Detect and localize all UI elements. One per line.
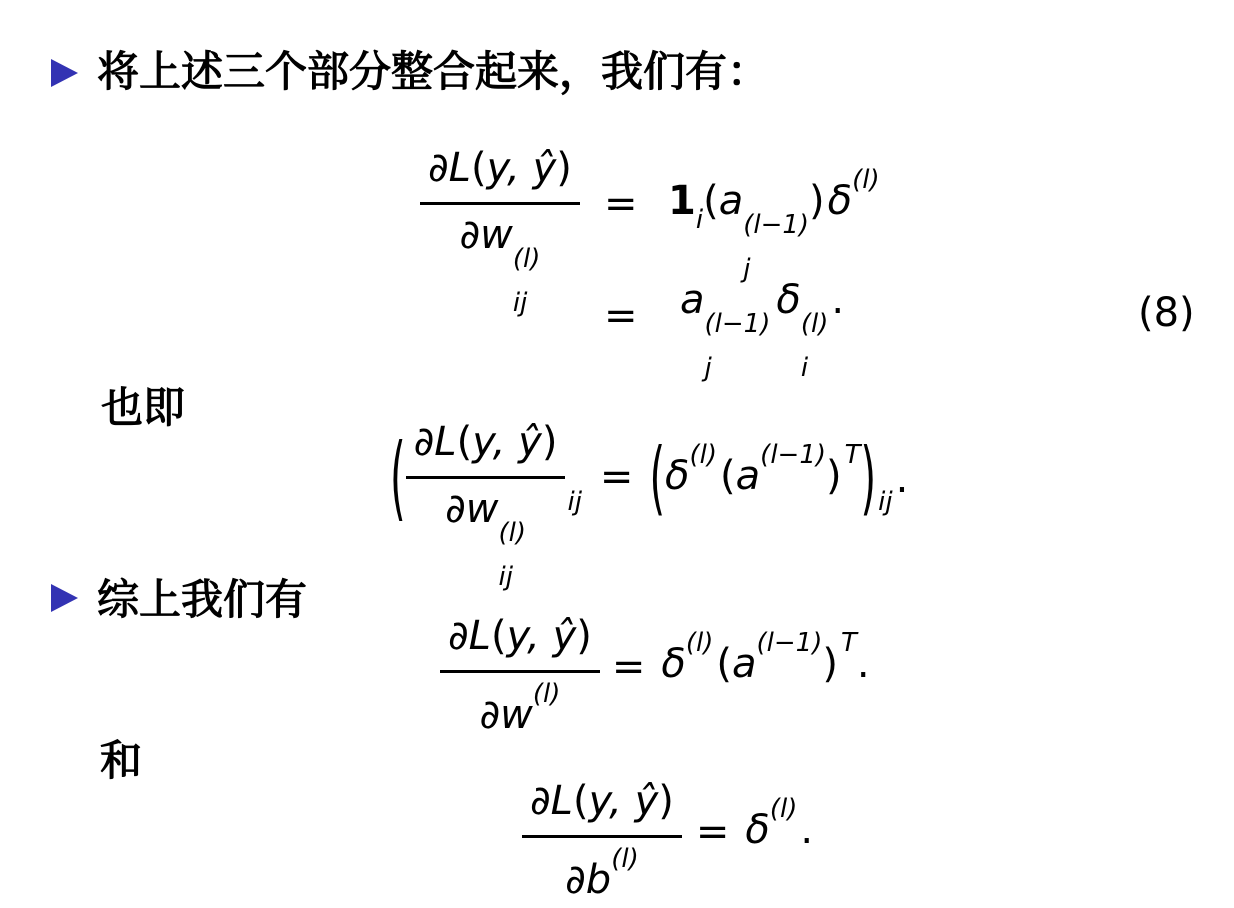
- fraction-numerator: ∂L(y, ŷ): [522, 781, 682, 835]
- superscript-l: (l): [498, 522, 526, 544]
- eq2-fraction: ∂L(y, ŷ) ∂w(l)ij: [406, 422, 566, 588]
- left-paren: (: [720, 453, 736, 499]
- a-term: a: [680, 277, 705, 323]
- period: .: [896, 459, 909, 499]
- partial-w-term: ∂w: [445, 486, 498, 532]
- fraction-denominator: ∂w(l): [471, 673, 568, 735]
- fraction-numerator: ∂L(y, ŷ): [406, 422, 566, 476]
- subscript-ij: ij: [513, 292, 527, 314]
- connector-and-text: 和: [100, 736, 142, 786]
- bullet-triangle-icon: [51, 584, 78, 612]
- left-paren: (: [471, 145, 487, 191]
- superscript-l: (l): [801, 313, 829, 335]
- eq1-equals-sign: =: [604, 184, 638, 224]
- big-left-paren: (: [390, 433, 406, 525]
- w-scripts: (l)ij: [513, 248, 541, 314]
- partial-L-term: ∂L: [448, 613, 491, 659]
- partial-L-term: ∂L: [428, 145, 471, 191]
- eq3-equals-sign: =: [612, 647, 646, 687]
- superscript-l-minus-1: (l−1): [760, 440, 826, 470]
- eq1-equals-sign-2: =: [604, 296, 638, 336]
- right-paren: ): [576, 613, 592, 659]
- partial-w-term: ∂w: [479, 692, 532, 738]
- superscript-l: (l): [690, 440, 718, 470]
- a-term: a: [719, 178, 744, 224]
- big-left-paren: (: [649, 439, 665, 519]
- eq1-lhs-fraction: ∂L(y, ŷ) ∂w(l)ij: [420, 148, 580, 314]
- delta-term: δ: [828, 178, 852, 224]
- eq2-rhs-group: δ(l)(a(l−1))T: [665, 444, 860, 496]
- period: .: [831, 277, 844, 323]
- equation-4: ∂L(y, ŷ) ∂b(l) = δ(l).: [522, 781, 813, 900]
- fraction-numerator: ∂L(y, ŷ): [440, 616, 600, 670]
- right-paren: ): [542, 419, 558, 465]
- delta-term: δ: [745, 807, 769, 853]
- eq4-fraction: ∂L(y, ŷ) ∂b(l): [522, 781, 682, 900]
- superscript-T: T: [841, 628, 857, 658]
- eq1-rhs-line1: 1i(a(l−1)j)δ(l): [668, 169, 880, 280]
- delta-term: δ: [661, 641, 685, 687]
- equation-2: ( ∂L(y, ŷ) ∂w(l)ij ij = ( δ(l)(a(l−1))T …: [390, 422, 908, 588]
- a-term: a: [736, 453, 761, 499]
- partial-L-term: ∂L: [414, 419, 457, 465]
- delta-scripts: (l)i: [801, 313, 829, 379]
- group-subscript-ij: ij: [878, 489, 892, 515]
- bullet2-text: 综上我们有: [97, 575, 307, 625]
- period: .: [857, 641, 870, 687]
- left-paren: (: [573, 778, 589, 824]
- subscript-i: i: [696, 205, 703, 235]
- eq1-rhs-line2: a(l−1)jδ(l)i.: [680, 280, 844, 379]
- superscript-l: (l): [686, 628, 714, 658]
- connector-also-text: 也即: [101, 383, 185, 433]
- superscript-l: (l): [533, 679, 561, 709]
- y-yhat-args: y, ŷ: [589, 778, 659, 824]
- a-scripts: (l−1)j: [743, 214, 809, 280]
- eq3-rhs-group: δ(l)(a(l−1))T.: [661, 632, 869, 684]
- y-yhat-args: y, ŷ: [507, 613, 577, 659]
- y-yhat-args: y, ŷ: [487, 145, 557, 191]
- delta-term: δ: [776, 277, 800, 323]
- group-subscript-ij: ij: [567, 489, 581, 515]
- eq2-equals-sign: =: [600, 457, 634, 497]
- partial-w-term: ∂w: [459, 212, 512, 258]
- period: .: [800, 807, 813, 853]
- left-paren: (: [457, 419, 473, 465]
- subscript-i: i: [801, 357, 808, 379]
- left-paren: (: [716, 641, 732, 687]
- superscript-l-minus-1: (l−1): [757, 628, 823, 658]
- superscript-l: (l): [611, 844, 639, 874]
- eq4-rhs-group: δ(l).: [745, 798, 813, 850]
- right-paren: ): [556, 145, 572, 191]
- subscript-j: j: [743, 258, 750, 280]
- right-paren: ): [822, 641, 838, 687]
- superscript-l: (l): [852, 165, 880, 195]
- partial-b-term: ∂b: [565, 857, 611, 903]
- right-paren: ): [826, 453, 842, 499]
- bullet1-text: 将上述三个部分整合起来，我们有：: [97, 47, 769, 97]
- superscript-l: (l): [770, 794, 798, 824]
- partial-L-term: ∂L: [530, 778, 573, 824]
- equation-3: ∂L(y, ŷ) ∂w(l) = δ(l)(a(l−1))T.: [440, 616, 870, 735]
- fraction-numerator: ∂L(y, ŷ): [420, 148, 580, 202]
- a-scripts: (l−1)j: [705, 313, 771, 379]
- w-scripts: (l)ij: [498, 522, 526, 588]
- right-paren: ): [658, 778, 674, 824]
- subscript-j: j: [705, 357, 712, 379]
- fraction-denominator: ∂w(l)ij: [451, 205, 548, 314]
- bullet-triangle-icon: [51, 59, 78, 87]
- fraction-denominator: ∂b(l): [557, 838, 647, 900]
- eq3-fraction: ∂L(y, ŷ) ∂w(l): [440, 616, 600, 735]
- subscript-ij: ij: [498, 566, 512, 588]
- fraction-denominator: ∂w(l)ij: [437, 479, 534, 588]
- eq4-equals-sign: =: [696, 812, 730, 852]
- slide: 将上述三个部分整合起来，我们有： ∂L(y, ŷ) ∂w(l)ij = 1i(a…: [0, 0, 1234, 908]
- left-paren: (: [491, 613, 507, 659]
- delta-term: δ: [665, 453, 689, 499]
- left-paren: (: [703, 178, 719, 224]
- superscript-l: (l): [513, 248, 541, 270]
- indicator-one: 1: [668, 178, 696, 224]
- right-paren: ): [809, 178, 825, 224]
- superscript-l-minus-1: (l−1): [743, 214, 809, 236]
- superscript-T: T: [845, 440, 861, 470]
- a-term: a: [732, 641, 757, 687]
- superscript-l-minus-1: (l−1): [705, 313, 771, 335]
- big-right-paren: ): [861, 439, 877, 519]
- equation-number: (8): [1138, 293, 1195, 333]
- y-yhat-args: y, ŷ: [472, 419, 542, 465]
